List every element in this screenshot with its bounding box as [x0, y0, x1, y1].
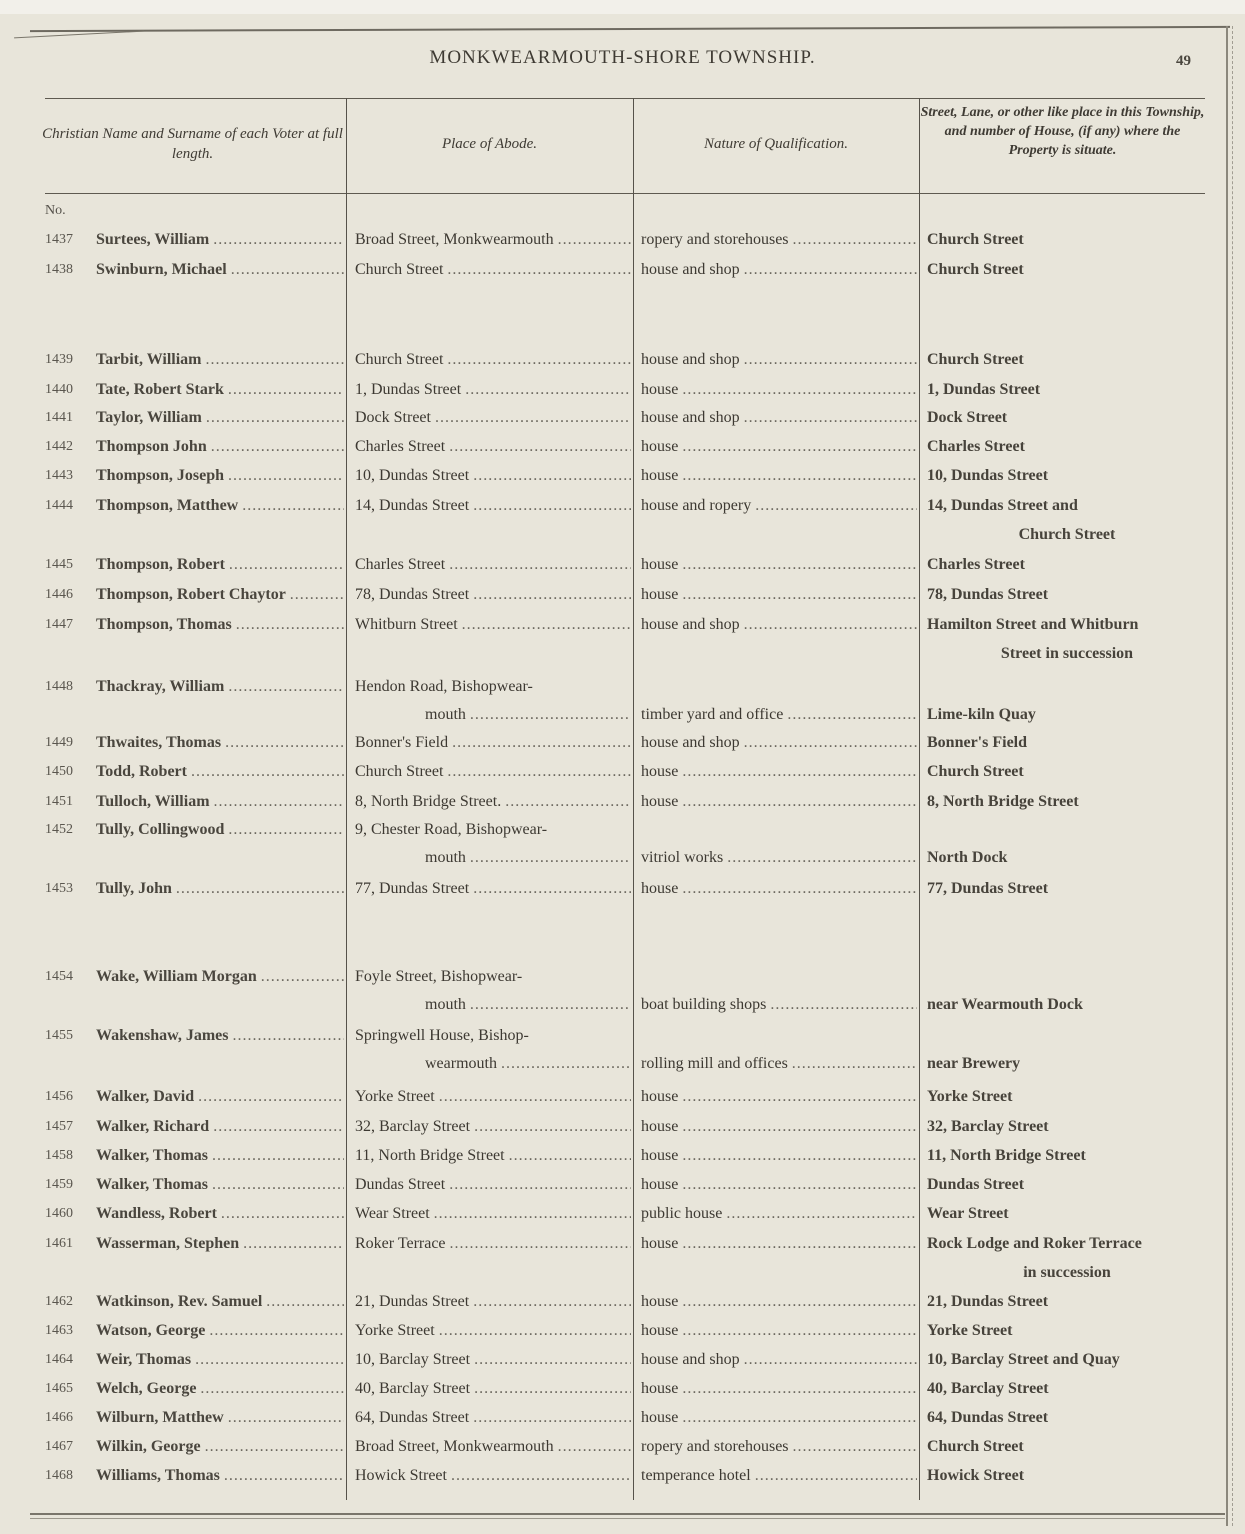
place-of-abode-text: Springwell House, Bishop-	[355, 1027, 529, 1044]
qualification-text: house	[641, 787, 678, 816]
place-of-abode-continued-text: mouth	[425, 990, 466, 1019]
number-column-label: No.	[45, 203, 66, 219]
voter-name-text: Wake, William Morgan	[96, 962, 257, 991]
place-of-abode-text: Church Street	[355, 345, 443, 374]
property-street-text: Dundas Street	[927, 1176, 1024, 1193]
leader-dots	[439, 1316, 631, 1345]
place-of-abode: Church Street	[355, 757, 631, 786]
property-street-text: near Wearmouth Dock	[927, 996, 1083, 1013]
qualification-text: boat building shops	[641, 990, 766, 1019]
leader-dots	[439, 1082, 631, 1111]
voter-number: 1440	[45, 375, 95, 404]
qualification-text: temperance hotel	[641, 1461, 751, 1490]
property-street-text: Church Street	[927, 1438, 1024, 1455]
place-of-abode-text: Whitburn Street	[355, 610, 458, 639]
qualification: rolling mill and offices	[641, 1049, 917, 1078]
qualification: house and shop	[641, 610, 917, 639]
voter-number: 1452	[45, 815, 95, 844]
qualification-text: house	[641, 1403, 678, 1432]
place-of-abode: 21, Dundas Street	[355, 1287, 631, 1316]
leader-dots	[290, 580, 344, 609]
leader-dots	[744, 345, 917, 374]
leader-dots	[450, 1229, 631, 1258]
voter-number: 1453	[45, 874, 95, 903]
leader-dots	[224, 1461, 344, 1490]
place-of-abode-continued-text: mouth	[425, 843, 466, 872]
property-street: 40, Barclay Street	[927, 1374, 1207, 1403]
leader-dots	[787, 700, 917, 729]
voter-number: 1466	[45, 1403, 95, 1432]
place-of-abode-text: 8, North Bridge Street.	[355, 787, 501, 816]
leader-dots	[755, 491, 917, 520]
column-divider-2	[633, 98, 634, 1500]
leader-dots	[682, 1316, 917, 1345]
voter-number-text: 1465	[45, 1381, 73, 1396]
property-street-text: 40, Barclay Street	[927, 1380, 1049, 1397]
property-street: Lime-kiln Quay	[927, 700, 1207, 729]
property-street-text: Church Street	[927, 261, 1024, 278]
leader-dots	[682, 580, 917, 609]
voter-name: Walker, David	[96, 1082, 344, 1111]
leader-dots	[558, 1432, 631, 1461]
voter-number-text: 1443	[45, 468, 73, 483]
page-title: MONKWEARMOUTH-SHORE TOWNSHIP.	[0, 47, 1245, 69]
qualification: ropery and storehouses	[641, 1432, 917, 1461]
property-street: near Wearmouth Dock	[927, 990, 1207, 1019]
voter-name: Taylor, William	[96, 403, 344, 432]
place-of-abode-continued-text: mouth	[425, 700, 466, 729]
qualification: house and shop	[641, 255, 917, 284]
place-of-abode: Hendon Road, Bishopwear-	[355, 672, 631, 701]
place-of-abode-text: 10, Barclay Street	[355, 1345, 470, 1374]
qualification: timber yard and office	[641, 700, 917, 729]
voter-name: Welch, George	[96, 1374, 344, 1403]
place-of-abode: Charles Street	[355, 432, 631, 461]
voter-name: Tate, Robert Stark	[96, 375, 344, 404]
leader-dots	[214, 787, 344, 816]
leader-dots	[744, 403, 917, 432]
voter-number: 1450	[45, 757, 95, 786]
place-of-abode: 32, Barclay Street	[355, 1112, 631, 1141]
property-street-text: 1, Dundas Street	[927, 381, 1040, 398]
voter-number-text: 1449	[45, 735, 73, 750]
leader-dots	[744, 1345, 917, 1374]
voter-number-text: 1459	[45, 1177, 73, 1192]
qualification: house	[641, 757, 917, 786]
leader-dots	[447, 757, 631, 786]
leader-dots	[451, 1461, 631, 1490]
qualification-text: house	[641, 375, 678, 404]
property-street-continued: Street in succession	[927, 639, 1207, 668]
voter-number-text: 1446	[45, 587, 73, 602]
leader-dots	[682, 1229, 917, 1258]
column-header-name: Christian Name and Surname of each Voter…	[40, 124, 345, 164]
place-of-abode: Yorke Street	[355, 1082, 631, 1111]
voter-name: Thompson, Matthew	[96, 491, 344, 520]
place-of-abode: Foyle Street, Bishopwear-	[355, 962, 631, 991]
voter-number: 1467	[45, 1432, 95, 1461]
voter-name-text: Wakenshaw, James	[96, 1021, 228, 1050]
qualification-text: rolling mill and offices	[641, 1049, 788, 1078]
voter-number-text: 1457	[45, 1119, 73, 1134]
voter-number-text: 1437	[45, 232, 73, 247]
leader-dots	[228, 815, 344, 844]
qualification: house and shop	[641, 345, 917, 374]
voter-name: Tully, John	[96, 874, 344, 903]
voter-name: Thompson John	[96, 432, 344, 461]
property-street-text: Hamilton Street and Whitburn	[927, 616, 1138, 633]
property-street: Church Street	[927, 757, 1207, 786]
property-street-text: Church Street	[927, 231, 1024, 248]
right-margin-rule	[1226, 26, 1228, 1526]
voter-number-text: 1451	[45, 794, 73, 809]
leader-dots	[212, 1141, 344, 1170]
column-divider-1	[346, 98, 347, 1500]
leader-dots	[473, 580, 631, 609]
property-street: 10, Dundas Street	[927, 461, 1207, 490]
leader-dots	[509, 1141, 631, 1170]
leader-dots	[213, 1112, 344, 1141]
voter-name-text: Walker, Richard	[96, 1112, 209, 1141]
voter-number: 1459	[45, 1170, 95, 1199]
voter-name-text: Thompson, Robert Chaytor	[96, 580, 286, 609]
qualification-text: public house	[641, 1199, 722, 1228]
leader-dots	[228, 1403, 344, 1432]
voter-number-text: 1444	[45, 498, 73, 513]
leader-dots	[209, 1316, 344, 1345]
place-of-abode-text: Hendon Road, Bishopwear-	[355, 678, 533, 695]
leader-dots	[474, 1345, 631, 1374]
qualification-text: house	[641, 1170, 678, 1199]
voter-number-text: 1454	[45, 969, 73, 984]
place-of-abode-text: 11, North Bridge Street	[355, 1141, 505, 1170]
leader-dots	[211, 432, 344, 461]
bottom-rule	[30, 1513, 1225, 1515]
voter-name-text: Thwaites, Thomas	[96, 728, 221, 757]
leader-dots	[200, 1374, 344, 1403]
voter-number: 1445	[45, 550, 95, 579]
voter-number-text: 1455	[45, 1028, 73, 1043]
qualification: house	[641, 580, 917, 609]
place-of-abode-text: Dundas Street	[355, 1170, 445, 1199]
voter-name: Thackray, William	[96, 672, 344, 701]
leader-dots	[243, 1229, 344, 1258]
voter-name-text: Tully, Collingwood	[96, 815, 224, 844]
property-street: Rock Lodge and Roker Terrace	[927, 1229, 1207, 1258]
leader-dots	[195, 1345, 344, 1374]
qualification: public house	[641, 1199, 917, 1228]
leader-dots	[470, 700, 631, 729]
voter-number: 1454	[45, 962, 95, 991]
leader-dots	[473, 874, 631, 903]
qualification-text: house	[641, 1112, 678, 1141]
property-street-text: Yorke Street	[927, 1322, 1012, 1339]
voter-number: 1439	[45, 345, 95, 374]
leader-dots	[449, 1170, 631, 1199]
leader-dots	[558, 225, 631, 254]
voter-name: Weir, Thomas	[96, 1345, 344, 1374]
leader-dots	[206, 345, 344, 374]
qualification: boat building shops	[641, 990, 917, 1019]
qualification: house and shop	[641, 728, 917, 757]
place-of-abode: Dundas Street	[355, 1170, 631, 1199]
voter-name: Thompson, Joseph	[96, 461, 344, 490]
place-of-abode: Church Street	[355, 345, 631, 374]
qualification: house and shop	[641, 1345, 917, 1374]
voter-number-text: 1445	[45, 557, 73, 572]
place-of-abode-continued: mouth	[355, 990, 631, 1019]
place-of-abode-continued-text: wearmouth	[425, 1049, 497, 1078]
voter-name: Walker, Thomas	[96, 1141, 344, 1170]
leader-dots	[205, 1432, 344, 1461]
leader-dots	[792, 1049, 917, 1078]
leader-dots	[682, 1374, 917, 1403]
column-header-qualification: Nature of Qualification.	[633, 134, 919, 154]
property-street-continued-text: in succession	[1023, 1264, 1111, 1281]
leader-dots	[726, 1199, 917, 1228]
qualification-text: house and shop	[641, 728, 740, 757]
property-street: Dundas Street	[927, 1170, 1207, 1199]
voter-name-text: Tate, Robert Stark	[96, 375, 224, 404]
voter-name: Tarbit, William	[96, 345, 344, 374]
qualification: house	[641, 874, 917, 903]
voter-number-text: 1456	[45, 1089, 73, 1104]
leader-dots	[682, 1082, 917, 1111]
voter-number-text: 1452	[45, 822, 73, 837]
voter-number: 1468	[45, 1461, 95, 1490]
column-divider-3	[919, 98, 920, 1500]
qualification: ropery and storehouses	[641, 225, 917, 254]
property-street-text: 64, Dundas Street	[927, 1409, 1048, 1426]
voter-number: 1457	[45, 1112, 95, 1141]
leader-dots	[682, 787, 917, 816]
place-of-abode-text: Bonner's Field	[355, 728, 448, 757]
voter-number-text: 1441	[45, 410, 73, 425]
place-of-abode: Yorke Street	[355, 1316, 631, 1345]
leader-dots	[682, 550, 917, 579]
leader-dots	[435, 403, 631, 432]
leader-dots	[449, 550, 631, 579]
property-street-text: Rock Lodge and Roker Terrace	[927, 1235, 1142, 1252]
voter-number-text: 1458	[45, 1148, 73, 1163]
voter-number: 1456	[45, 1082, 95, 1111]
property-street: near Brewery	[927, 1049, 1207, 1078]
voter-number-text: 1462	[45, 1294, 73, 1309]
column-header-abode: Place of Abode.	[346, 134, 633, 154]
place-of-abode-text: 9, Chester Road, Bishopwear-	[355, 821, 547, 838]
qualification-text: house	[641, 1082, 678, 1111]
qualification-text: house and shop	[641, 403, 740, 432]
place-of-abode-text: Church Street	[355, 255, 443, 284]
qualification-text: house	[641, 757, 678, 786]
leader-dots	[213, 225, 344, 254]
qualification: house	[641, 1403, 917, 1432]
qualification-text: vitriol works	[641, 843, 723, 872]
voter-name-text: Wilburn, Matthew	[96, 1403, 224, 1432]
voter-name-text: Williams, Thomas	[96, 1461, 220, 1490]
qualification: house	[641, 375, 917, 404]
voter-name: Thompson, Robert Chaytor	[96, 580, 344, 609]
voter-number: 1451	[45, 787, 95, 816]
voter-number: 1458	[45, 1141, 95, 1170]
qualification: house	[641, 787, 917, 816]
place-of-abode: Church Street	[355, 255, 631, 284]
property-street: Yorke Street	[927, 1082, 1207, 1111]
qualification-text: house	[641, 1141, 678, 1170]
leader-dots	[176, 874, 344, 903]
place-of-abode: Broad Street, Monkwearmouth	[355, 1432, 631, 1461]
voter-name-text: Thompson, Joseph	[96, 461, 224, 490]
leader-dots	[770, 990, 917, 1019]
voter-number-text: 1442	[45, 439, 73, 454]
qualification-text: timber yard and office	[641, 700, 783, 729]
leader-dots	[447, 345, 631, 374]
place-of-abode-text: Broad Street, Monkwearmouth	[355, 225, 554, 254]
qualification: house	[641, 1374, 917, 1403]
voter-name: Tully, Collingwood	[96, 815, 344, 844]
place-of-abode: 78, Dundas Street	[355, 580, 631, 609]
leader-dots	[206, 403, 344, 432]
property-street: 64, Dundas Street	[927, 1403, 1207, 1432]
place-of-abode-text: 14, Dundas Street	[355, 491, 469, 520]
voter-name: Wake, William Morgan	[96, 962, 344, 991]
voter-name-text: Swinburn, Michael	[96, 255, 227, 284]
property-street-text: 8, North Bridge Street	[927, 793, 1079, 810]
voter-name: Wakenshaw, James	[96, 1021, 344, 1050]
property-street: Bonner's Field	[927, 728, 1207, 757]
property-street-text: 11, North Bridge Street	[927, 1147, 1086, 1164]
leader-dots	[682, 375, 917, 404]
leader-dots	[682, 432, 917, 461]
voter-number-text: 1463	[45, 1323, 73, 1338]
qualification-text: house and ropery	[641, 491, 751, 520]
place-of-abode-text: 21, Dundas Street	[355, 1287, 469, 1316]
place-of-abode: 10, Barclay Street	[355, 1345, 631, 1374]
place-of-abode-text: Dock Street	[355, 403, 431, 432]
place-of-abode-text: Foyle Street, Bishopwear-	[355, 968, 522, 985]
leader-dots	[682, 757, 917, 786]
property-street: Church Street	[927, 345, 1207, 374]
leader-dots	[682, 1287, 917, 1316]
place-of-abode: Howick Street	[355, 1461, 631, 1490]
property-street: 8, North Bridge Street	[927, 787, 1207, 816]
place-of-abode-text: Yorke Street	[355, 1082, 435, 1111]
property-street: 1, Dundas Street	[927, 375, 1207, 404]
leader-dots	[474, 1112, 631, 1141]
voter-number: 1461	[45, 1229, 95, 1258]
voter-number-text: 1439	[45, 352, 73, 367]
qualification-text: house	[641, 874, 678, 903]
leader-dots	[470, 990, 631, 1019]
leader-dots	[266, 1287, 344, 1316]
property-street-text: Church Street	[927, 763, 1024, 780]
voter-name-text: Thompson, Matthew	[96, 491, 238, 520]
leader-dots	[232, 1021, 344, 1050]
voter-name: Swinburn, Michael	[96, 255, 344, 284]
property-street-text: North Dock	[927, 849, 1007, 866]
scan-top-band	[0, 0, 1245, 14]
qualification-text: house	[641, 550, 678, 579]
voter-number-text: 1461	[45, 1236, 73, 1251]
leader-dots	[501, 1049, 631, 1078]
voter-number: 1441	[45, 403, 95, 432]
voter-name: Surtees, William	[96, 225, 344, 254]
qualification-text: house	[641, 432, 678, 461]
voter-number: 1463	[45, 1316, 95, 1345]
voter-name: Todd, Robert	[96, 757, 344, 786]
qualification-text: house and shop	[641, 345, 740, 374]
property-street-continued-text: Church Street	[1019, 526, 1116, 543]
voter-number-text: 1466	[45, 1410, 73, 1425]
voter-number: 1449	[45, 728, 95, 757]
place-of-abode-text: 78, Dundas Street	[355, 580, 469, 609]
voter-number: 1455	[45, 1021, 95, 1050]
property-street: Charles Street	[927, 550, 1207, 579]
voter-name-text: Thompson, Robert	[96, 550, 225, 579]
property-street-text: 77, Dundas Street	[927, 880, 1048, 897]
place-of-abode-text: Church Street	[355, 757, 443, 786]
place-of-abode-text: 40, Barclay Street	[355, 1374, 470, 1403]
property-street: 14, Dundas Street and	[927, 491, 1207, 520]
voter-name: Tulloch, William	[96, 787, 344, 816]
qualification-text: house	[641, 1229, 678, 1258]
header-bottom-rule	[45, 193, 1205, 194]
property-street: Wear Street	[927, 1199, 1207, 1228]
voter-name: Williams, Thomas	[96, 1461, 344, 1490]
place-of-abode-text: 77, Dundas Street	[355, 874, 469, 903]
leader-dots	[682, 1170, 917, 1199]
leader-dots	[228, 672, 344, 701]
voter-number: 1460	[45, 1199, 95, 1228]
leader-dots	[793, 1432, 917, 1461]
qualification: house	[641, 1229, 917, 1258]
leader-dots	[473, 491, 631, 520]
voter-name: Watkinson, Rev. Samuel	[96, 1287, 344, 1316]
place-of-abode-continued: mouth	[355, 700, 631, 729]
property-street: Church Street	[927, 1432, 1207, 1461]
property-street-text: Bonner's Field	[927, 734, 1027, 751]
voter-name-text: Watson, George	[96, 1316, 205, 1345]
property-street-text: 10, Barclay Street and Quay	[927, 1351, 1120, 1368]
place-of-abode-text: Wear Street	[355, 1199, 430, 1228]
voter-number: 1444	[45, 491, 95, 520]
property-street: North Dock	[927, 843, 1207, 872]
leader-dots	[198, 1082, 344, 1111]
bottom-rule-faint	[30, 1518, 1225, 1519]
property-street-text: 10, Dundas Street	[927, 467, 1048, 484]
leader-dots	[682, 1141, 917, 1170]
voter-name-text: Watkinson, Rev. Samuel	[96, 1287, 262, 1316]
voter-number: 1443	[45, 461, 95, 490]
leader-dots	[755, 1461, 917, 1490]
qualification-text: ropery and storehouses	[641, 225, 789, 254]
voter-name: Wandless, Robert	[96, 1199, 344, 1228]
leader-dots	[228, 461, 344, 490]
voter-number-text: 1467	[45, 1439, 73, 1454]
place-of-abode-text: Charles Street	[355, 550, 445, 579]
leader-dots	[229, 550, 344, 579]
leader-dots	[228, 375, 344, 404]
qualification-text: house and shop	[641, 610, 740, 639]
property-street-text: Lime-kiln Quay	[927, 706, 1036, 723]
voter-number: 1437	[45, 225, 95, 254]
register-page: MONKWEARMOUTH-SHORE TOWNSHIP. 49 Christi…	[0, 0, 1245, 1534]
qualification: house	[641, 1082, 917, 1111]
leader-dots	[727, 843, 917, 872]
leader-dots	[447, 255, 631, 284]
place-of-abode: 8, North Bridge Street.	[355, 787, 631, 816]
voter-name-text: Wasserman, Stephen	[96, 1229, 239, 1258]
